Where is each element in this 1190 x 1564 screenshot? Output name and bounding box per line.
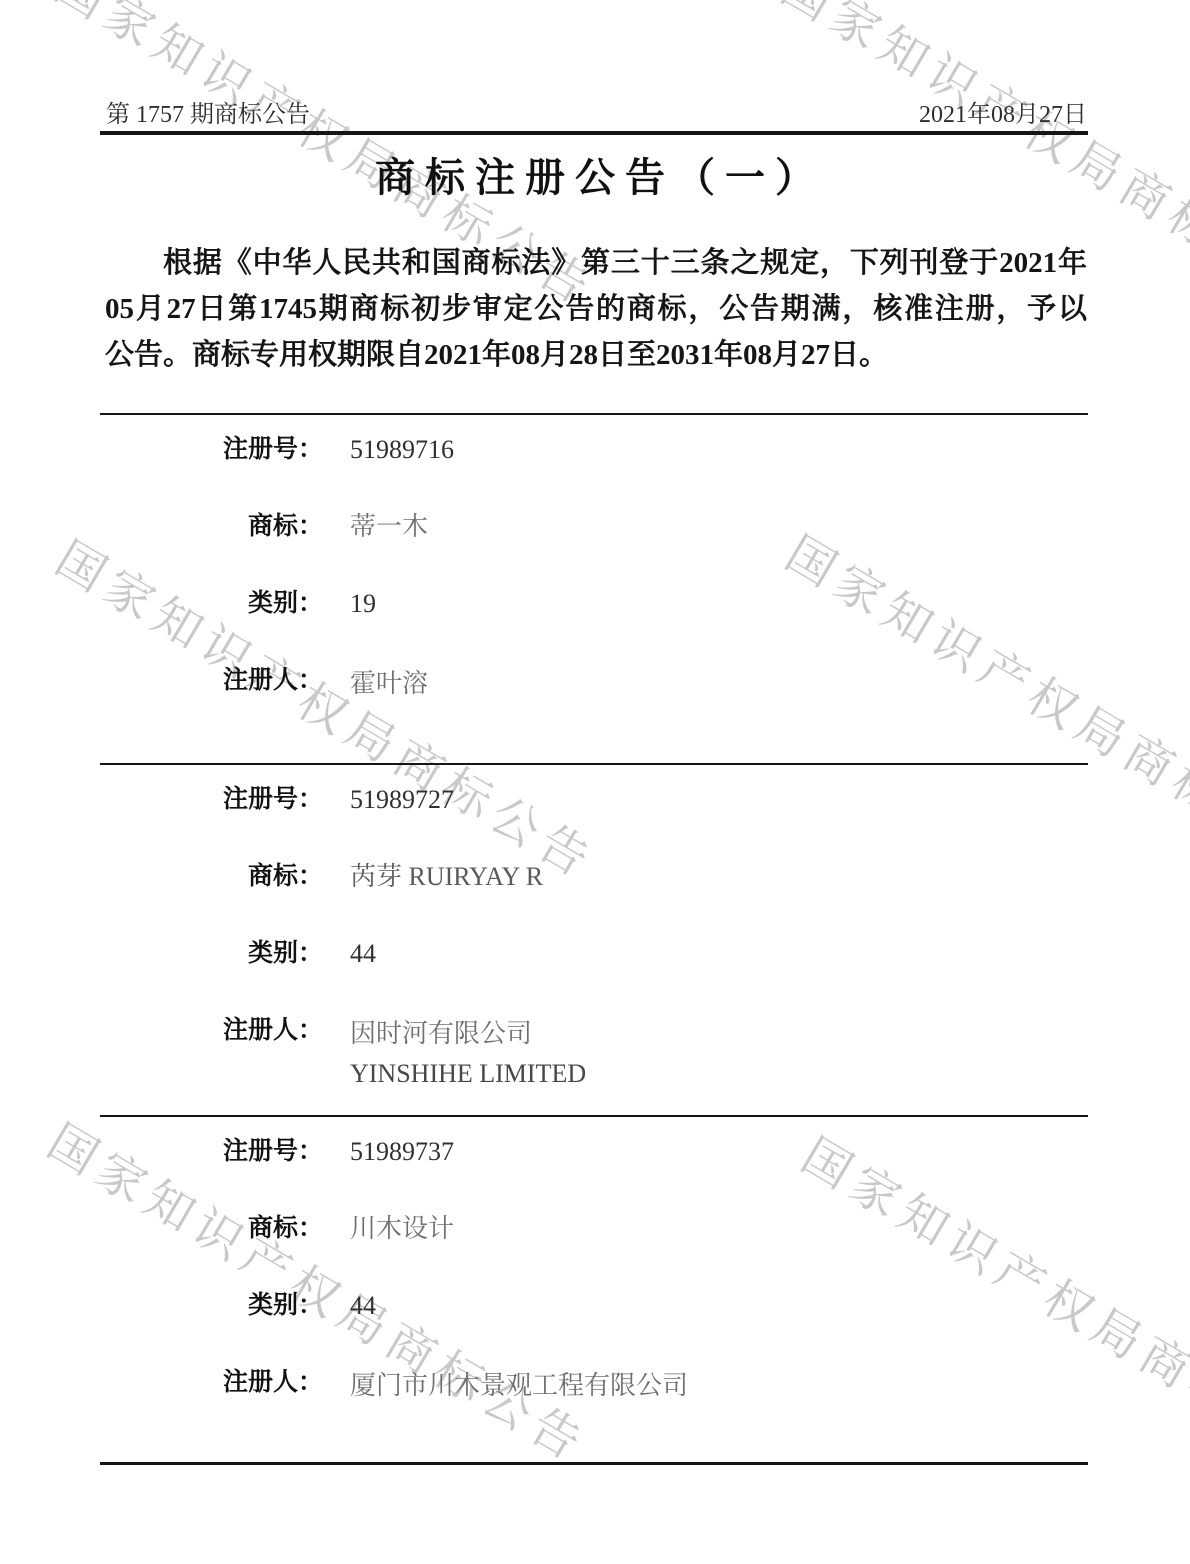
registrant-label: 注册人： bbox=[105, 1014, 323, 1048]
registrant-value: 霍叶溶 bbox=[350, 664, 428, 704]
trademark-row: 商标： 芮芽 RUIRYAY R bbox=[105, 860, 1087, 937]
trademark-label: 商标： bbox=[105, 1212, 323, 1246]
registrant-row: 注册人： 厦门市川木景观工程有限公司 bbox=[105, 1366, 1087, 1443]
intro-line: 公告。商标专用权期限自2021年08月28日至2031年08月27日。 bbox=[105, 332, 1087, 378]
registrant-label: 注册人： bbox=[105, 1366, 323, 1400]
registrant-line: 因时河有限公司 bbox=[350, 1014, 586, 1054]
gazette-issue-number: 第 1757 期商标公告 bbox=[106, 94, 310, 129]
trademark-entry: 注册号： 51989727 商标： 芮芽 RUIRYAY R 类别： 44 注册… bbox=[105, 765, 1087, 1091]
class-row: 类别： 44 bbox=[105, 1289, 1087, 1366]
class-row: 类别： 44 bbox=[105, 937, 1087, 1014]
page-bottom-rule bbox=[100, 1462, 1088, 1465]
reg-no-row: 注册号： 51989716 bbox=[105, 433, 1087, 510]
trademark-value: 芮芽 RUIRYAY R bbox=[350, 860, 543, 894]
registrant-line: 厦门市川木景观工程有限公司 bbox=[350, 1366, 688, 1406]
registrant-row: 注册人： 霍叶溶 bbox=[105, 664, 1087, 741]
class-value: 44 bbox=[350, 937, 376, 971]
registrant-value: 厦门市川木景观工程有限公司 bbox=[350, 1366, 688, 1406]
intro-line: 05月27日第1745期商标初步审定公告的商标，公告期满，核准注册，予以 bbox=[105, 286, 1087, 332]
reg-no-value: 51989716 bbox=[350, 433, 454, 467]
page-title: 商标注册公告（一） bbox=[0, 146, 1190, 203]
class-label: 类别： bbox=[105, 1289, 323, 1323]
trademark-label: 商标： bbox=[105, 510, 323, 544]
class-value: 19 bbox=[350, 587, 376, 621]
trademark-row: 商标： 蒂一木 bbox=[105, 510, 1087, 587]
intro-line: 根据《中华人民共和国商标法》第三十三条之规定，下列刊登于2021年 bbox=[105, 240, 1087, 286]
registrant-line: 霍叶溶 bbox=[350, 664, 428, 704]
reg-no-row: 注册号： 51989727 bbox=[105, 783, 1087, 860]
registrant-label: 注册人： bbox=[105, 664, 323, 698]
reg-no-label: 注册号： bbox=[105, 783, 323, 817]
trademark-value: 蒂一木 bbox=[350, 510, 428, 544]
class-value: 44 bbox=[350, 1289, 376, 1323]
registrant-line: YINSHIHE LIMITED bbox=[350, 1054, 586, 1094]
gazette-page: 国家知识产权局商标公告 国家知识产权局商标公告 国家知识产权局商标公告 国家知识… bbox=[0, 0, 1190, 1564]
trademark-entry: 注册号： 51989716 商标： 蒂一木 类别： 19 注册人： 霍叶溶 bbox=[105, 415, 1087, 741]
registrant-row: 注册人： 因时河有限公司 YINSHIHE LIMITED bbox=[105, 1014, 1087, 1091]
class-row: 类别： 19 bbox=[105, 587, 1087, 664]
reg-no-row: 注册号： 51989737 bbox=[105, 1135, 1087, 1212]
reg-no-label: 注册号： bbox=[105, 1135, 323, 1169]
trademark-label: 商标： bbox=[105, 860, 323, 894]
trademark-row: 商标： 川木设计 bbox=[105, 1212, 1087, 1289]
registrant-value: 因时河有限公司 YINSHIHE LIMITED bbox=[350, 1014, 586, 1094]
header-rule bbox=[100, 131, 1088, 135]
reg-no-value: 51989737 bbox=[350, 1135, 454, 1169]
class-label: 类别： bbox=[105, 937, 323, 971]
gazette-date: 2021年08月27日 bbox=[919, 94, 1087, 129]
class-label: 类别： bbox=[105, 587, 323, 621]
trademark-entry: 注册号： 51989737 商标： 川木设计 类别： 44 注册人： 厦门市川木… bbox=[105, 1117, 1087, 1443]
reg-no-label: 注册号： bbox=[105, 433, 323, 467]
trademark-value: 川木设计 bbox=[350, 1212, 454, 1246]
intro-paragraph: 根据《中华人民共和国商标法》第三十三条之规定，下列刊登于2021年 05月27日… bbox=[105, 240, 1087, 378]
reg-no-value: 51989727 bbox=[350, 783, 454, 817]
